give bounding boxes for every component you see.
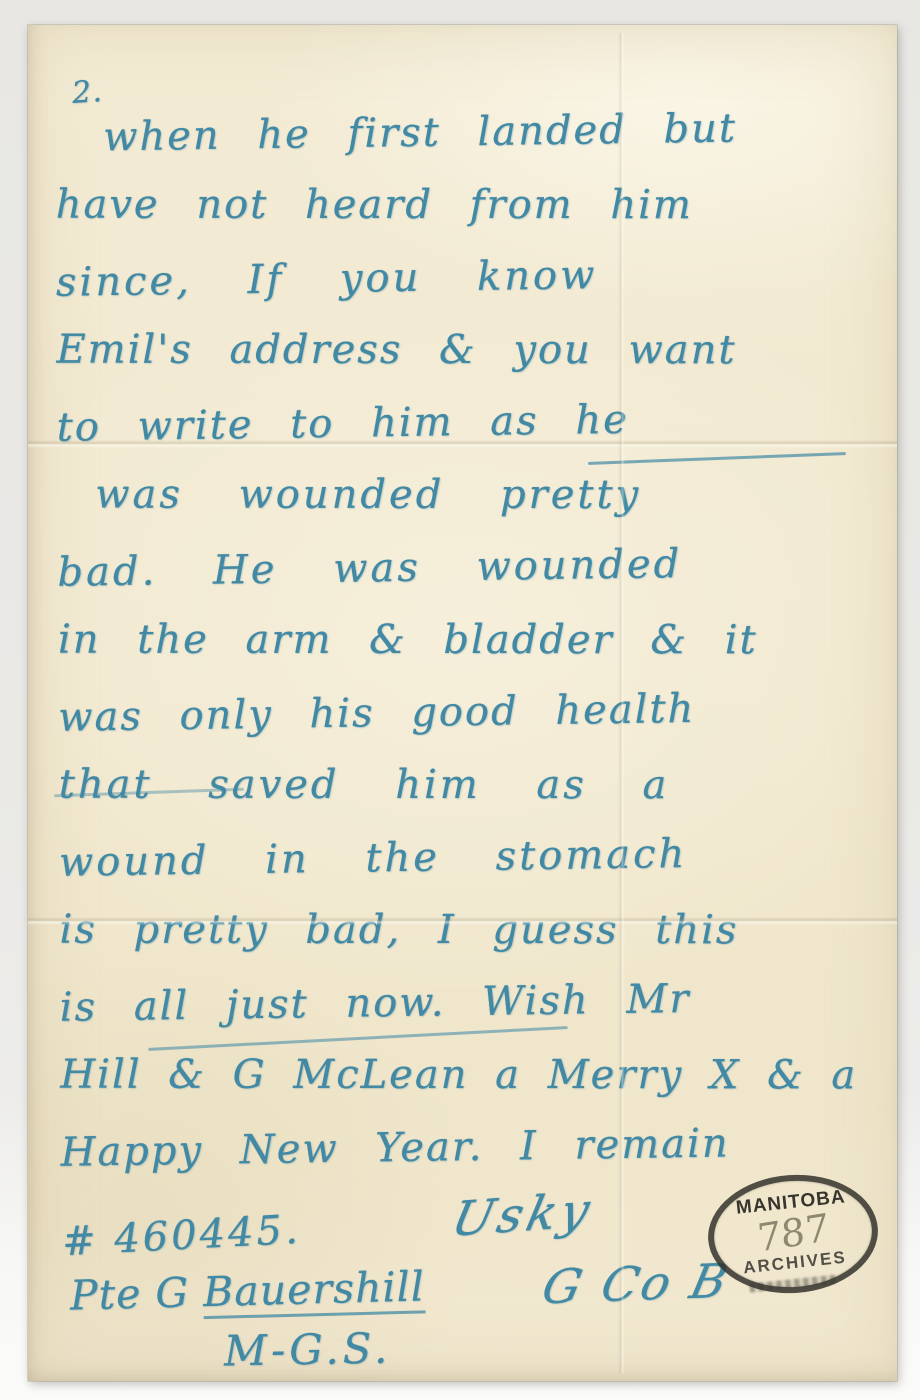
scanned-letter-screenshot: { "colors": { "scanner_background": "#e9… [0,0,920,1400]
surname-underlined: Bauershill [203,1262,426,1319]
signature-flourish: Usky [447,1182,599,1247]
service-number: # 460445. [61,1207,302,1265]
unit-abbreviation: M-G.S. [224,1324,392,1376]
handwritten-line-13: is all just now. Wish Mr [59,973,889,1057]
handwritten-line-8: in the arm & bladder & it [58,616,887,689]
handwritten-line-3: since, If you know [56,248,886,332]
handwritten-line-10: that saved him as a [59,761,888,834]
letter-page: 2. when he first landed but have not hea… [28,25,897,1381]
letter-body: when he first landed but have not heard … [55,107,890,1199]
handwritten-line-4: Emil's address & you want [56,326,885,399]
handwritten-line-9: was only his good health [58,683,888,767]
archive-stamp: MANITOBA 787 ARCHIVES [704,1169,882,1299]
company-designation: G Co B [537,1254,735,1315]
handwritten-line-1: when he first landed but [103,103,885,186]
handwritten-line-6: was wounded pretty [95,471,886,544]
rank-and-name: Pte G Bauershill [69,1262,425,1319]
page-number: 2. [71,74,104,111]
rank-prefix: Pte G [69,1268,203,1319]
handwritten-line-12: is pretty bad, I guess this [59,906,888,979]
handwritten-line-5: to write to him as he [56,393,886,477]
handwritten-line-7: bad. He was wounded [57,538,887,622]
handwritten-line-2: have not heard from him [56,181,885,254]
handwritten-line-14: Hill & G McLean a Merry X & a [60,1051,889,1124]
handwritten-line-11: wound in the stomach [59,828,889,912]
